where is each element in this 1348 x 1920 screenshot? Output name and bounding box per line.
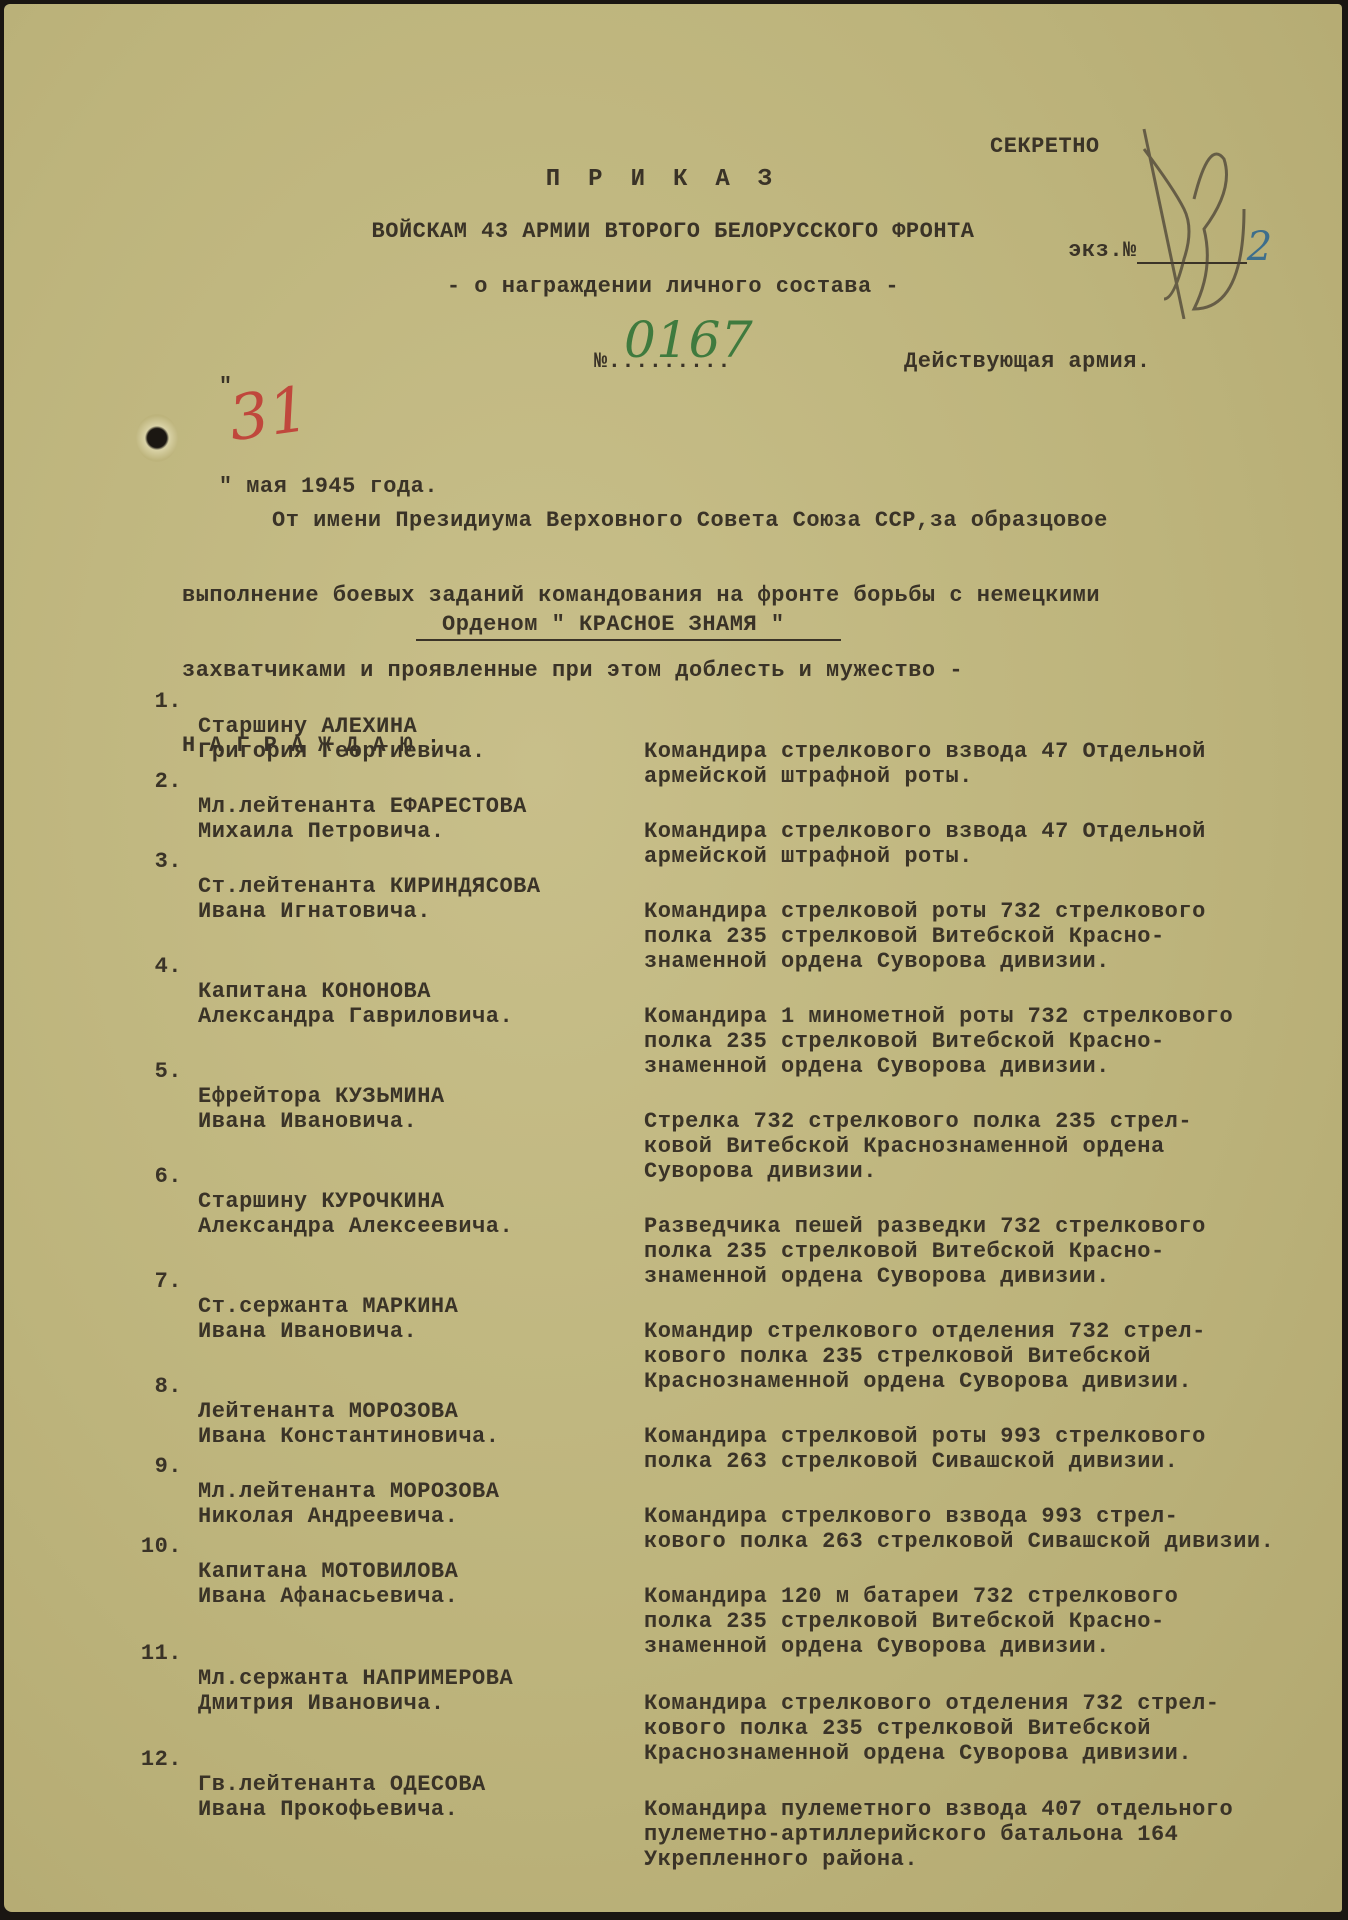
recipient-number: 4.: [132, 954, 182, 979]
dateline: " 31 " мая 1945 года. №......... 0167 Де…: [164, 349, 1214, 399]
recipient-row: 12. Гв.лейтенанта ОДЕСОВА Ивана Прокофье…: [4, 1722, 1342, 1847]
recipient-name: Ст.лейтенанта КИРИНДЯСОВА Ивана Игнатови…: [198, 874, 638, 924]
intro-line-2: выполнение боевых заданий командования н…: [182, 583, 1262, 608]
recipient-number: 1.: [132, 689, 182, 714]
recipient-name: Капитана МОТОВИЛОВА Ивана Афанасьевича.: [198, 1559, 638, 1609]
document-page: СЕКРЕТНО экз.№2 ПРИКАЗ ВОЙСКАМ 43 АРМИИ …: [4, 4, 1342, 1912]
document-topic: - о награждении личного состава -: [4, 274, 1342, 299]
punch-hole-icon: [136, 414, 178, 462]
intro-line-1: От имени Президиума Верховного Совета Со…: [182, 508, 1262, 533]
recipient-number: 9.: [132, 1454, 182, 1479]
recipient-number: 6.: [132, 1164, 182, 1189]
recipient-name: Мл.сержанта НАПРИМЕРОВА Дмитрия Иванович…: [198, 1666, 638, 1716]
order-number-handwritten: 0167: [624, 311, 753, 369]
recipient-name: Гв.лейтенанта ОДЕСОВА Ивана Прокофьевича…: [198, 1772, 638, 1822]
recipient-name: Капитана КОНОНОВА Александра Гавриловича…: [198, 979, 638, 1029]
recipient-number: 12.: [132, 1747, 182, 1772]
recipient-number: 8.: [132, 1374, 182, 1399]
recipient-number: 11.: [132, 1641, 182, 1666]
recipient-name: Ст.сержанта МАРКИНА Ивана Ивановича.: [198, 1294, 638, 1344]
recipient-number: 5.: [132, 1059, 182, 1084]
document-title: ПРИКАЗ: [4, 166, 1342, 193]
recipient-number: 10.: [132, 1534, 182, 1559]
recipient-number: 3.: [132, 849, 182, 874]
recipient-number: 7.: [132, 1269, 182, 1294]
recipient-name: Ефрейтора КУЗЬМИНА Ивана Ивановича.: [198, 1084, 638, 1134]
recipient-number: 2.: [132, 769, 182, 794]
document-subtitle: ВОЙСКАМ 43 АРМИИ ВТОРОГО БЕЛОРУССКОГО ФР…: [4, 219, 1342, 244]
location-label: Действующая армия.: [904, 349, 1151, 374]
recipient-position: Командира пулеметного взвода 407 отдельн…: [644, 1797, 1344, 1872]
date-day-handwritten: 31: [224, 372, 313, 455]
recipient-name: Старшину КУРОЧКИНА Александра Алексеевич…: [198, 1189, 638, 1239]
award-heading: Орденом " КРАСНОЕ ЗНАМЯ ": [416, 612, 841, 641]
